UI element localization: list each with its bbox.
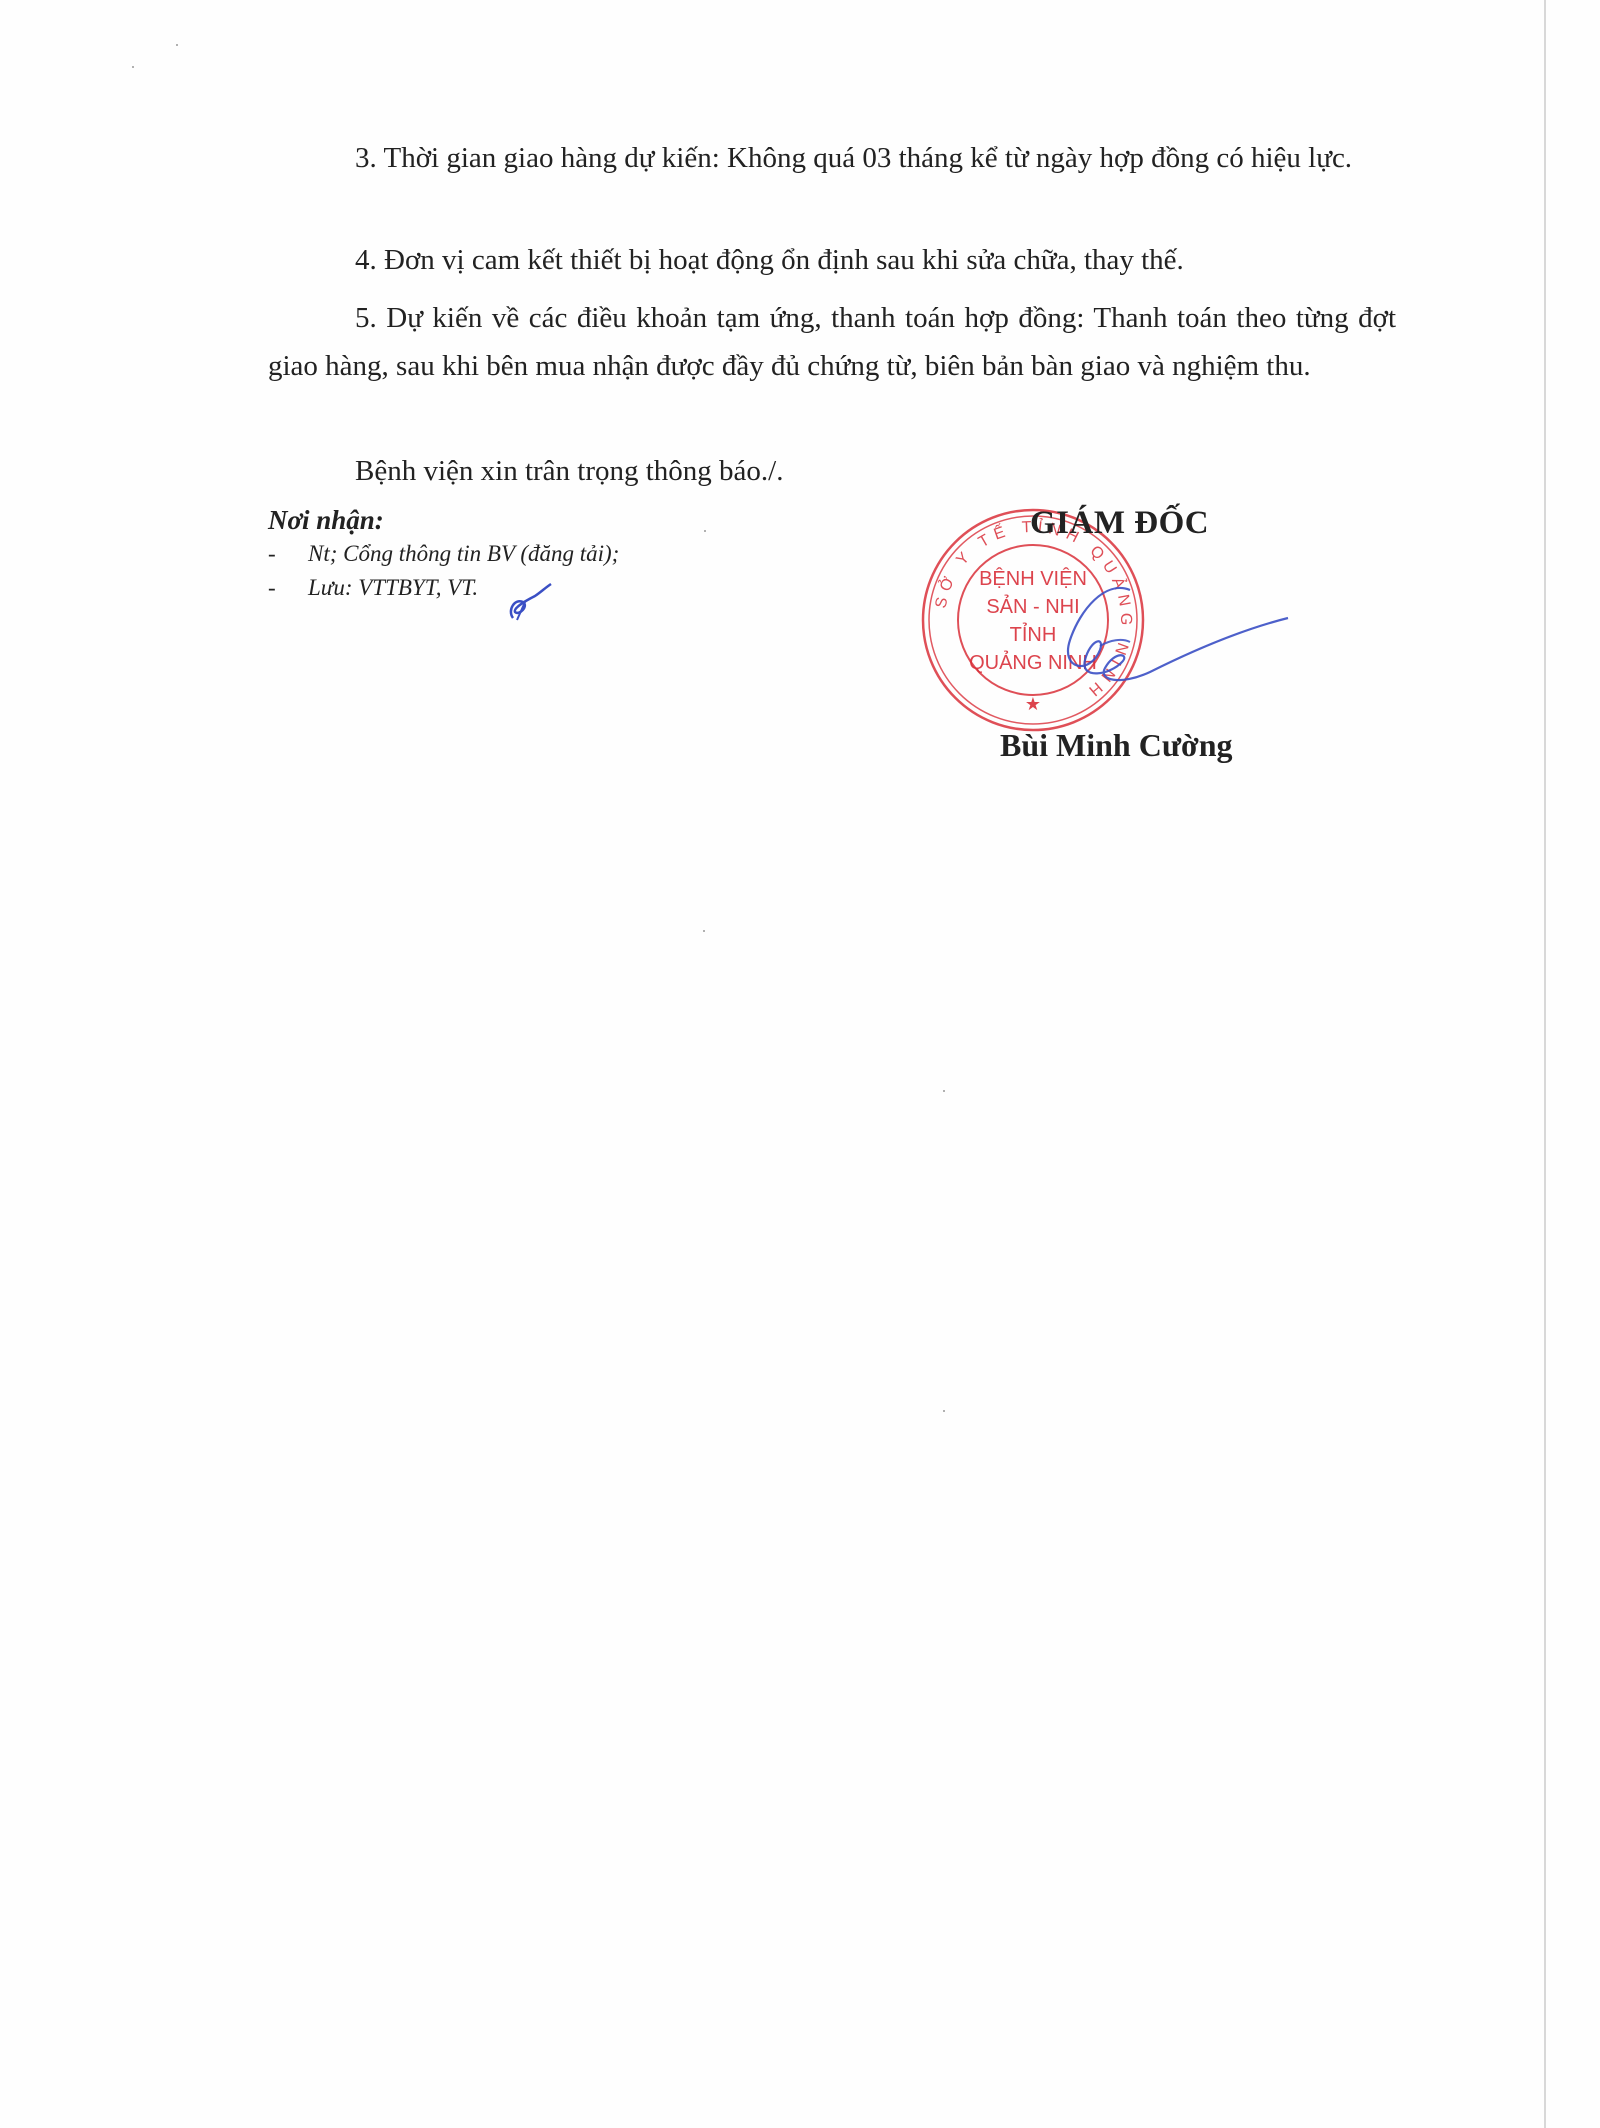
recipient-item: -Nt; Cổng thông tin BV (đăng tải); (268, 537, 619, 571)
signatory-title: GIÁM ĐỐC (1030, 505, 1209, 542)
scan-speck (943, 1410, 945, 1412)
scan-speck (132, 66, 134, 68)
recipients-block: Nơi nhận: -Nt; Cổng thông tin BV (đăng t… (268, 503, 619, 605)
recipient-item: -Lưu: VTTBYT, VT. (268, 571, 619, 605)
scan-speck (943, 1090, 945, 1092)
scan-speck (703, 930, 705, 932)
paragraph-item-5: 5. Dự kiến về các điều khoản tạm ứng, th… (268, 294, 1396, 390)
handwritten-signature-icon (1060, 580, 1290, 700)
paragraph-item-4: 4. Đơn vị cam kết thiết bị hoạt động ổn … (268, 236, 1396, 284)
scan-speck (176, 44, 178, 46)
scan-edge-line (1544, 0, 1546, 2128)
closing-statement: Bệnh viện xin trân trọng thông báo./. (268, 447, 1396, 495)
initials-mark-icon (505, 580, 555, 625)
document-page: 3. Thời gian giao hàng dự kiến: Không qu… (0, 0, 1600, 2128)
recipients-title: Nơi nhận: (268, 503, 619, 537)
paragraph-item-3: 3. Thời gian giao hàng dự kiến: Không qu… (268, 134, 1396, 182)
scan-speck (704, 530, 706, 532)
signatory-name: Bùi Minh Cường (1000, 727, 1233, 764)
